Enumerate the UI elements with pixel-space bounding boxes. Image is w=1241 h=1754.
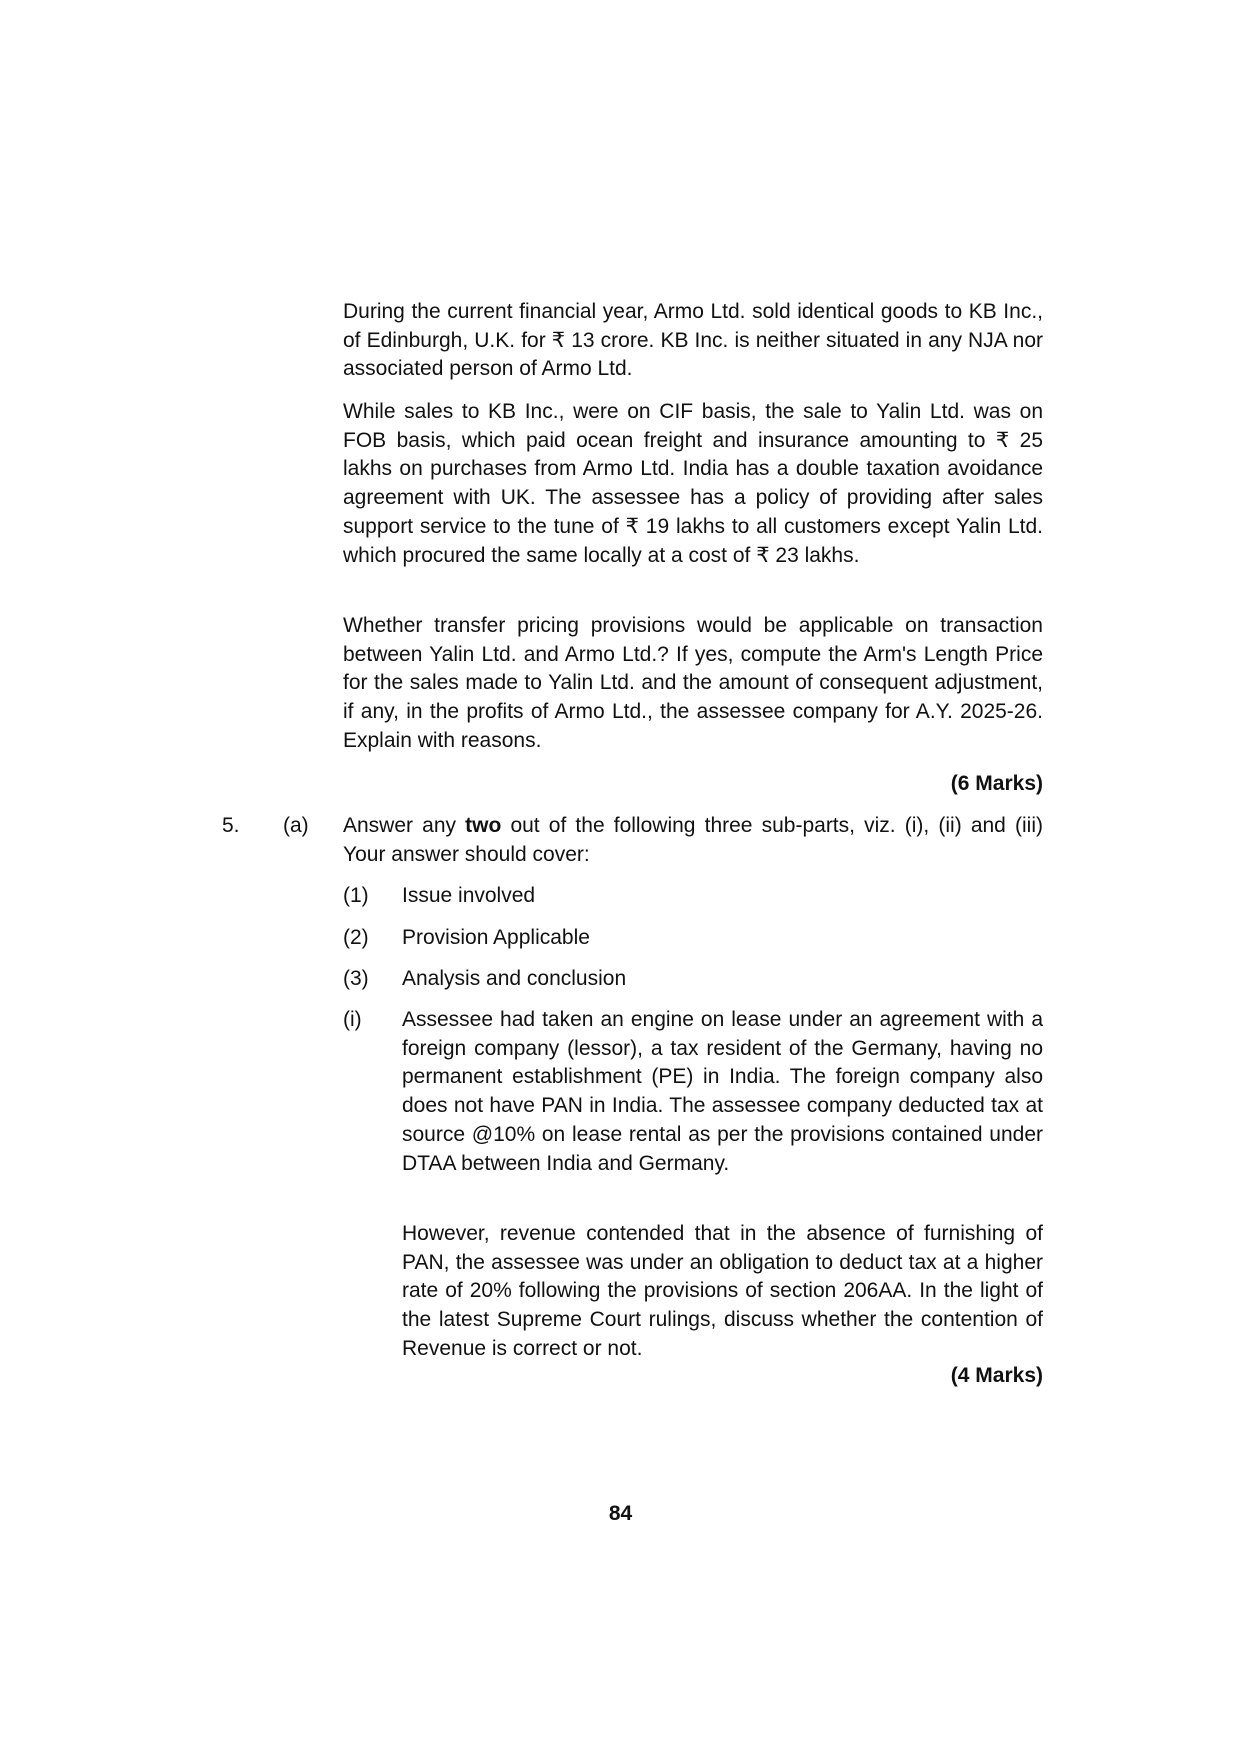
cover-item-text: Analysis and conclusion xyxy=(402,965,626,994)
marks-subpart-i: (4 Marks) xyxy=(951,1364,1043,1388)
question-part: (a) xyxy=(283,812,309,841)
emphasis-two: two xyxy=(465,814,501,837)
marks-q4: (6 Marks) xyxy=(951,772,1043,796)
page-number: 84 xyxy=(0,1502,1241,1526)
cover-item-num: (3) xyxy=(343,965,369,994)
paragraph-cif-fob: While sales to KB Inc., were on CIF basi… xyxy=(343,398,1043,570)
cover-item-text: Issue involved xyxy=(402,882,535,911)
question-intro: Answer any two out of the following thre… xyxy=(343,812,1043,869)
question-number: 5. xyxy=(222,812,240,841)
cover-item-text: Provision Applicable xyxy=(402,924,590,953)
subpart-i-paragraph-2: However, revenue contended that in the a… xyxy=(402,1220,1043,1364)
paragraph-kb-inc-sale: During the current financial year, Armo … xyxy=(343,298,1043,384)
paragraph-question-alp: Whether transfer pricing provisions woul… xyxy=(343,612,1043,756)
cover-item-num: (1) xyxy=(343,882,369,911)
subpart-number: (i) xyxy=(343,1006,362,1035)
subpart-i-paragraph-1: Assessee had taken an engine on lease un… xyxy=(402,1006,1043,1178)
cover-item-num: (2) xyxy=(343,924,369,953)
